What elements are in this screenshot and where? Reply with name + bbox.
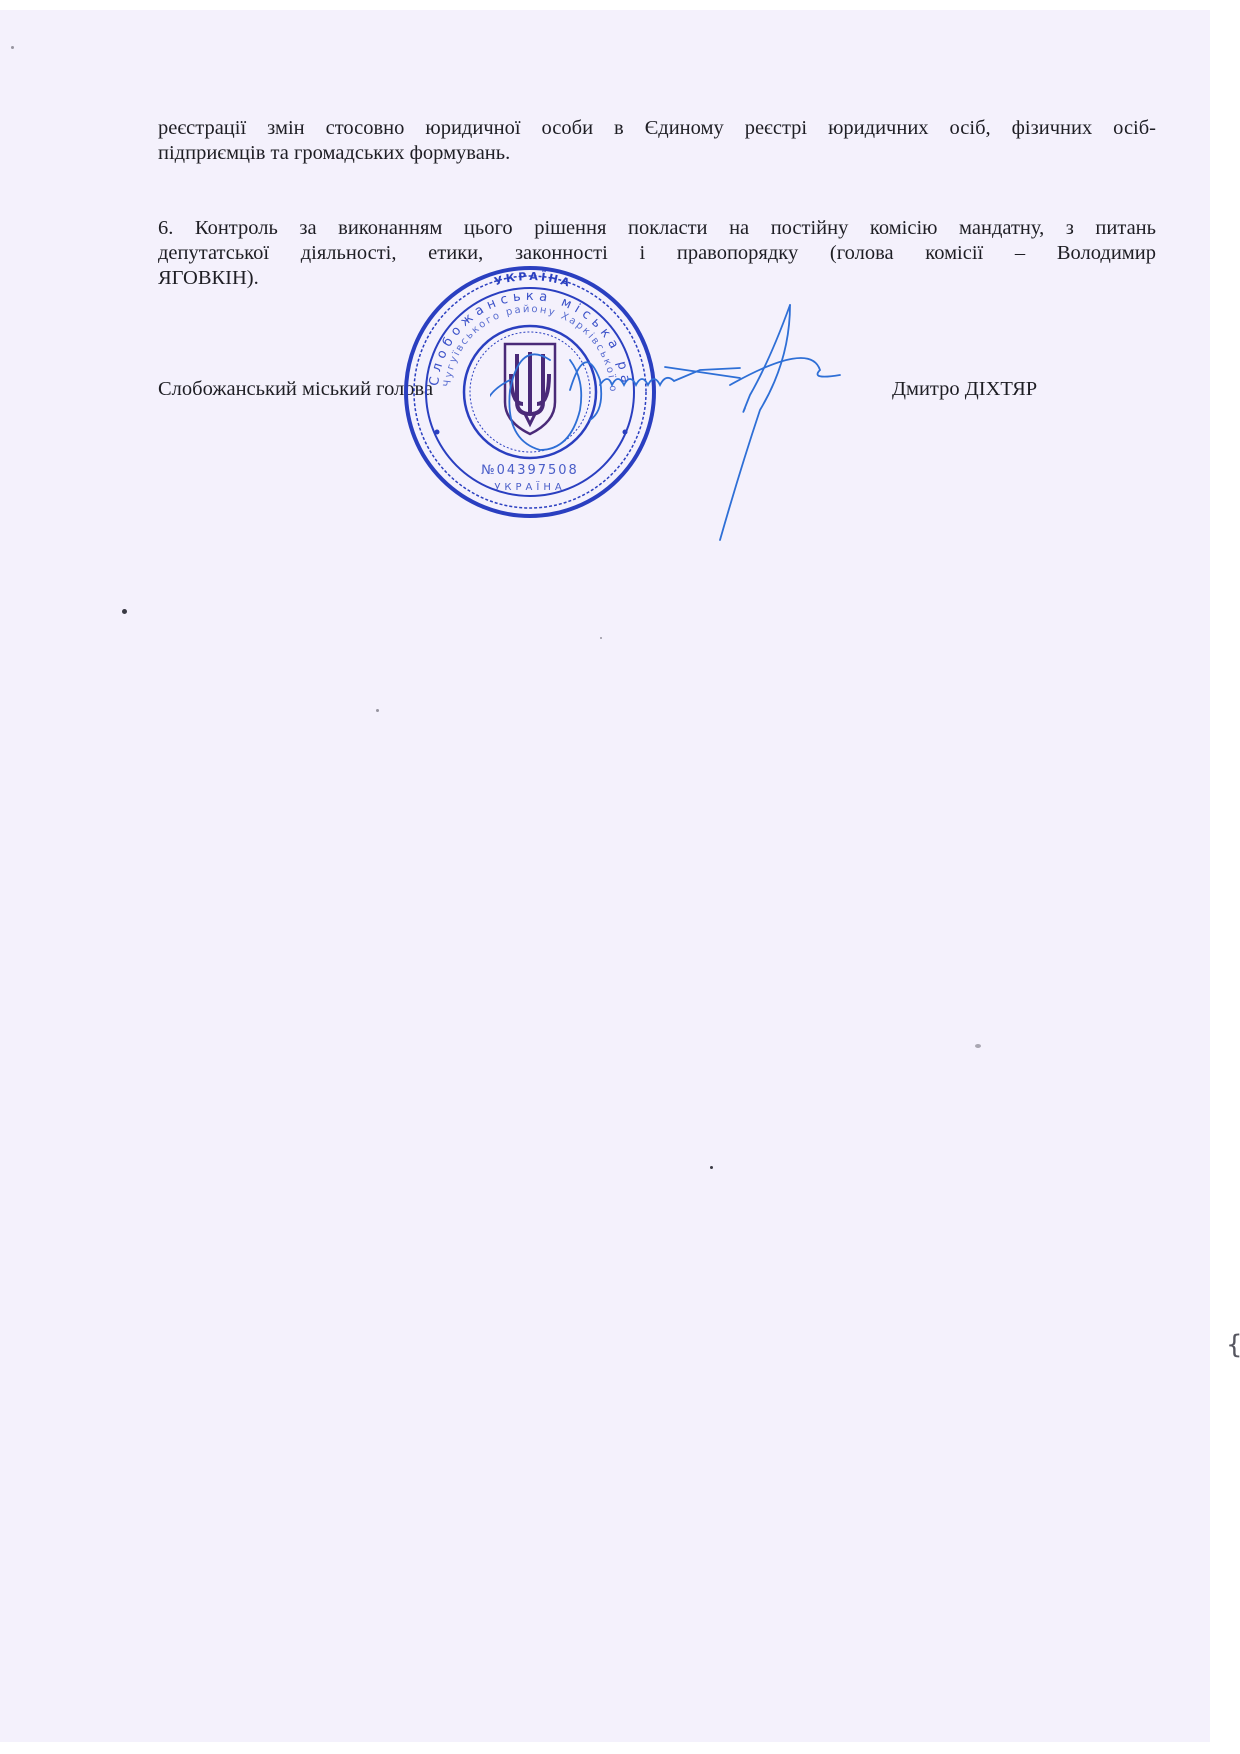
text-line: 6. Контроль за виконанням цього рішення … (158, 216, 1156, 241)
text-line: підприємців та громадських формувань. (158, 141, 1156, 166)
scan-speck (376, 709, 379, 712)
signatory-title: Слобожанський міський голова (158, 378, 433, 401)
scan-speck (11, 46, 14, 49)
scan-speck (122, 609, 127, 614)
scan-speck (600, 637, 602, 639)
scan-speck (975, 1044, 981, 1048)
text-line: реєстрації змін стосовно юридичної особи… (158, 116, 1156, 141)
margin-bracket-mark: { (1226, 1330, 1240, 1360)
paragraph-registration-continued: реєстрації змін стосовно юридичної особи… (158, 116, 1156, 166)
handwritten-signature (490, 300, 930, 570)
scan-speck (710, 1166, 713, 1169)
